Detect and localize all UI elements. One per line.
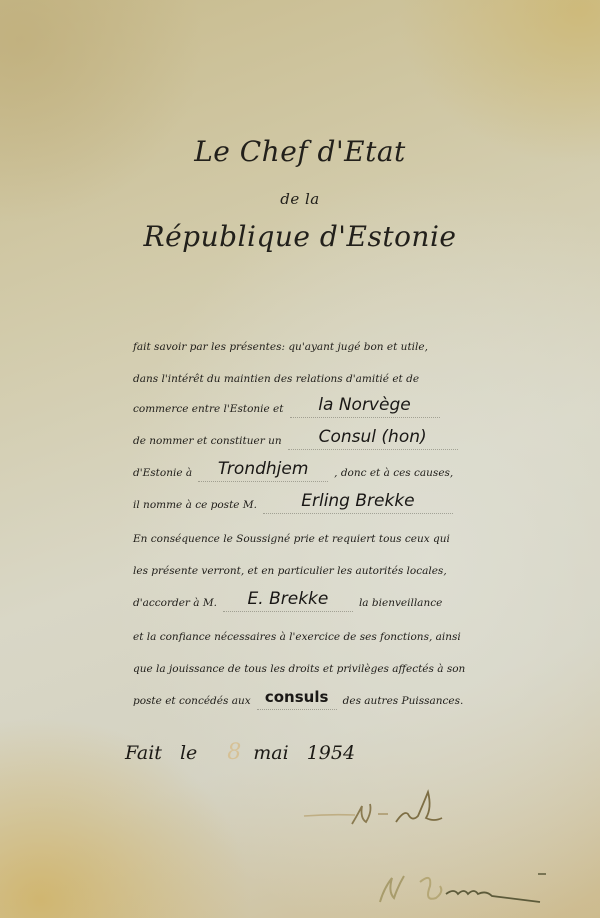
printed-text: des autres Puissances. <box>343 695 464 710</box>
signature-head-of-state-icon <box>300 784 470 834</box>
signature-countersign-icon <box>370 862 570 912</box>
printed-text: que la jouissance de tous les droits et … <box>133 663 465 678</box>
date-line: Faitle8mai1954 <box>125 740 373 765</box>
body-line-2: dans l'intérêt du maintien des relations… <box>133 362 483 388</box>
body-line-12: poste et concédés aux consuls des autres… <box>133 684 483 710</box>
heading-country: République d'Estonie <box>0 220 600 253</box>
date-year: 1954 <box>307 742 355 764</box>
date-month: mai <box>253 742 288 764</box>
body-line-3: commerce entre l'Estonie et la Norvège <box>133 392 483 418</box>
printed-text: et la confiance nécessaires à l'exercice… <box>133 631 461 646</box>
filled-name-short: E. Brekke <box>223 588 353 612</box>
body-line-10: et la confiance nécessaires à l'exercice… <box>133 620 483 646</box>
printed-text: d'Estonie à <box>133 467 192 482</box>
body-line-4: de nommer et constituer un Consul (hon) <box>133 424 483 450</box>
body-line-5: d'Estonie à Trondhjem , donc et à ces ca… <box>133 456 483 482</box>
filled-city: Trondhjem <box>198 458 328 482</box>
body-line-6: il nomme à ce poste M. Erling Brekke <box>133 488 483 514</box>
printed-text: il nomme à ce poste M. <box>133 499 257 514</box>
body-line-11: que la jouissance de tous les droits et … <box>133 652 483 678</box>
certificate-document: Le Chef d'Etat de la République d'Estoni… <box>0 0 600 918</box>
filled-name: Erling Brekke <box>263 490 453 514</box>
printed-text: , donc et à ces causes, <box>334 467 453 482</box>
printed-text: En conséquence le Soussigné prie et requ… <box>133 533 450 548</box>
body-line-1: fait savoir par les présentes: qu'ayant … <box>133 330 483 356</box>
printed-text: dans l'intérêt du maintien des relations… <box>133 373 419 388</box>
body-line-7: En conséquence le Soussigné prie et requ… <box>133 522 483 548</box>
printed-text: de nommer et constituer un <box>133 435 282 450</box>
heading-connector: de la <box>0 190 600 208</box>
filled-country: la Norvège <box>290 394 440 418</box>
printed-text: d'accorder à M. <box>133 597 217 612</box>
body-line-9: d'accorder à M. E. Brekke la bienveillan… <box>133 586 483 612</box>
printed-text: commerce entre l'Estonie et <box>133 403 284 418</box>
printed-text: fait savoir par les présentes: qu'ayant … <box>133 341 428 356</box>
body-line-8: les présente verront, et en particulier … <box>133 554 483 580</box>
date-prefix: Fait <box>125 742 162 764</box>
printed-text: les présente verront, et en particulier … <box>133 565 447 580</box>
date-le: le <box>180 742 197 764</box>
printed-text: poste et concédés aux <box>133 695 251 710</box>
heading-title: Le Chef d'Etat <box>0 135 600 168</box>
printed-text: la bienveillance <box>359 597 442 612</box>
date-day: 8 <box>227 740 241 765</box>
filled-rank: Consul (hon) <box>288 426 458 450</box>
filled-consuls: consuls <box>257 686 337 710</box>
